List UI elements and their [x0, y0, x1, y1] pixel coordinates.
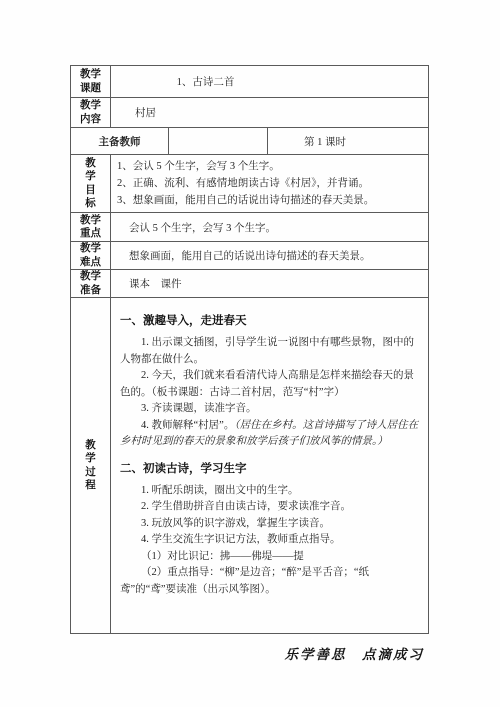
- preparation-value: 课本 课件: [111, 270, 429, 298]
- process-cell: 一、激趣导入，走进春天 1. 出示课文插图，引导学生说一说图中有哪些景物，图中的…: [111, 298, 429, 634]
- lesson-period: 第 1 课时: [268, 128, 429, 155]
- row-key-points: 教学 重点 会认 5 个生字，会写 3 个生字。: [71, 213, 429, 242]
- objective-item: 3、想象画面，能用自己的话说出诗句描述的春天美景。: [117, 192, 424, 209]
- process-paragraph: 3. 玩放风筝的识字游戏，掌握生字读音。: [120, 516, 419, 533]
- process-paragraph: （1）对比识记：拂——佛堤——提: [120, 549, 419, 566]
- key-points-label: 教学 重点: [71, 213, 111, 242]
- row-difficulty: 教学 难点 想象画面，能用自己的话说出诗句描述的春天美景。: [71, 242, 429, 270]
- objective-item: 1、会认 5 个生字，会写 3 个生字。: [117, 158, 424, 175]
- topic-label: 教学 课题: [71, 66, 111, 98]
- objectives-cell: 1、会认 5 个生字，会写 3 个生字。 2、正确、流利、有感情地朗读古诗《村居…: [111, 155, 429, 213]
- process-label: 教 学 过 程: [71, 298, 111, 634]
- teacher-label: 主备教师: [71, 128, 169, 155]
- section1-heading: 一、激趣导入，走进春天: [120, 314, 419, 329]
- process-paragraph: 1. 听配乐朗读，圈出文中的生字。: [120, 483, 419, 500]
- row-content: 教学 内容 村居: [71, 98, 429, 128]
- objective-item: 2、正确、流利、有感情地朗读古诗《村居》，并背诵。: [117, 175, 424, 192]
- row-teacher: 主备教师 第 1 课时: [71, 128, 429, 155]
- row-topic: 教学 课题 1、古诗二首: [71, 66, 429, 98]
- process-paragraph: 4. 学生交流生字识记方法，教师重点指导。: [120, 532, 419, 549]
- lesson-plan-table: 教学 课题 1、古诗二首 教学 内容 村居 主备教师 第 1 课时 教 学 目 …: [70, 65, 429, 634]
- content-value: 村居: [111, 98, 429, 128]
- footer-motto: 乐学善思 点滴成习: [285, 643, 425, 663]
- topic-value: 1、古诗二首: [111, 66, 429, 98]
- teacher-name-cell: [169, 128, 268, 155]
- process-paragraph: 2. 学生借助拼音自由读古诗，要求读准字音。: [120, 499, 419, 516]
- process-paragraph-explain: 4. 教师解释“村居”。（居住在乡村。这首诗描写了诗人居住在乡村时见到的春天的景…: [120, 418, 419, 451]
- row-objectives: 教 学 目 标 1、会认 5 个生字，会写 3 个生字。 2、正确、流利、有感情…: [71, 155, 429, 213]
- explain-prefix: 4. 教师解释“村居”。: [141, 420, 234, 431]
- section2-heading: 二、初读古诗，学习生字: [120, 462, 419, 477]
- row-process: 教 学 过 程 一、激趣导入，走进春天 1. 出示课文插图，引导学生说一说图中有…: [71, 298, 429, 634]
- process-paragraph: 3. 齐读课题，读准字音。: [120, 401, 419, 418]
- process-paragraph: （2）重点指导：“柳”是边音；“醉”是平舌音；“纸鸢”的“鸢”要读准（出示风筝图…: [120, 565, 419, 598]
- row-preparation: 教学 准备 课本 课件: [71, 270, 429, 298]
- objectives-label: 教 学 目 标: [71, 155, 111, 213]
- difficulty-value: 想象画面，能用自己的话说出诗句描述的春天美景。: [111, 242, 429, 270]
- process-paragraph: 2. 今天，我们就来看看清代诗人高鼎是怎样来描绘春天的景色的。（板书课题：古诗二…: [120, 368, 419, 401]
- lesson-plan-page: 教学 课题 1、古诗二首 教学 内容 村居 主备教师 第 1 课时 教 学 目 …: [0, 0, 500, 707]
- key-points-value: 会认 5 个生字，会写 3 个生字。: [111, 213, 429, 242]
- process-paragraph: 1. 出示课文插图，引导学生说一说图中有哪些景物，图中的人物都在做什么。: [120, 335, 419, 368]
- difficulty-label: 教学 难点: [71, 242, 111, 270]
- content-label: 教学 内容: [71, 98, 111, 128]
- preparation-label: 教学 准备: [71, 270, 111, 298]
